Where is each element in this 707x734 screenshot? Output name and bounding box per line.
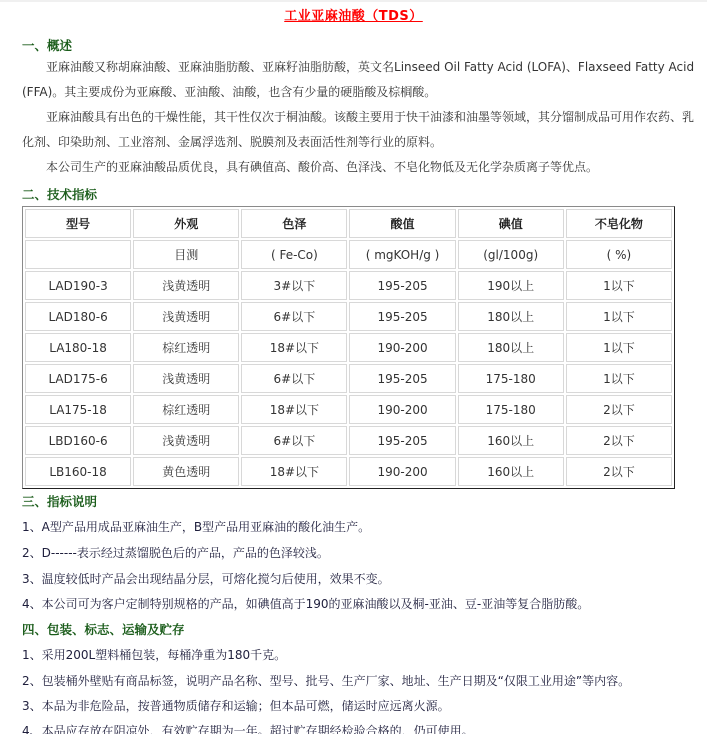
table-cell: 棕红透明 bbox=[133, 333, 239, 362]
table-cell: 2以下 bbox=[566, 395, 672, 424]
table-row: LAD190-3 浅黄透明 3#以下 195-205 190以上 1以下 bbox=[25, 271, 672, 300]
notes-item-2: 2、D------表示经过蒸馏脱色后的产品，产品的色泽较浅。 bbox=[22, 544, 329, 561]
unit-cell: ( %) bbox=[566, 240, 672, 269]
table-cell: 浅黄透明 bbox=[133, 426, 239, 455]
table-header-row: 型号 外观 色泽 酸值 碘值 不皂化物 bbox=[25, 209, 672, 238]
table-cell: 195-205 bbox=[349, 271, 455, 300]
overview-paragraph-2-cont: 化剂、印染助剂、工业溶剂、金属浮选剂、脱膜剂及表面活性剂等行业的原料。 bbox=[22, 130, 682, 155]
table-cell: 195-205 bbox=[349, 302, 455, 331]
unit-cell: ( mgKOH/g ) bbox=[349, 240, 455, 269]
table-cell: 18#以下 bbox=[241, 333, 347, 362]
table-cell: 浅黄透明 bbox=[133, 302, 239, 331]
overview-paragraph-1: 亚麻油酸又称胡麻油酸、亚麻油脂肪酸、亚麻籽油脂肪酸，英文名Linseed Oil… bbox=[22, 55, 682, 80]
notes-item-1: 1、A型产品用成品亚麻油生产，B型产品用亚麻油的酸化油生产。 bbox=[22, 518, 370, 535]
table-cell: 190以上 bbox=[458, 271, 564, 300]
table-cell: 1以下 bbox=[566, 302, 672, 331]
table-row: LBD160-6 浅黄透明 6#以下 195-205 160以上 2以下 bbox=[25, 426, 672, 455]
table-cell: 2以下 bbox=[566, 457, 672, 486]
table-cell: LB160-18 bbox=[25, 457, 131, 486]
packaging-item-2: 2、包装桶外壁贴有商品标签，说明产品名称、型号、批号、生产厂家、地址、生产日期及… bbox=[22, 672, 630, 689]
table-cell: 黄色透明 bbox=[133, 457, 239, 486]
top-divider bbox=[0, 0, 707, 2]
table-cell: 160以上 bbox=[458, 426, 564, 455]
table-cell: 浅黄透明 bbox=[133, 271, 239, 300]
table-units-row: 目测 ( Fe-Co) ( mgKOH/g ) (gl/100g) ( %) bbox=[25, 240, 672, 269]
section-heading-specs: 二、技术指标 bbox=[22, 185, 97, 203]
column-header: 色泽 bbox=[241, 209, 347, 238]
table-cell: 18#以下 bbox=[241, 395, 347, 424]
column-header: 型号 bbox=[25, 209, 131, 238]
spec-table: 型号 外观 色泽 酸值 碘值 不皂化物 目测 ( Fe-Co) ( mgKOH/… bbox=[22, 206, 675, 489]
column-header: 外观 bbox=[133, 209, 239, 238]
table-cell: 190-200 bbox=[349, 395, 455, 424]
table-cell: 175-180 bbox=[458, 395, 564, 424]
unit-cell bbox=[25, 240, 131, 269]
table-row: LAD180-6 浅黄透明 6#以下 195-205 180以上 1以下 bbox=[25, 302, 672, 331]
table-cell: 浅黄透明 bbox=[133, 364, 239, 393]
unit-cell: 目测 bbox=[133, 240, 239, 269]
packaging-item-1: 1、采用200L塑料桶包装，每桶净重为180千克。 bbox=[22, 646, 286, 663]
table-cell: LA180-18 bbox=[25, 333, 131, 362]
section-heading-packaging: 四、包装、标志、运输及贮存 bbox=[22, 620, 185, 638]
section-heading-notes: 三、指标说明 bbox=[22, 492, 97, 510]
table-cell: 195-205 bbox=[349, 364, 455, 393]
table-cell: 1以下 bbox=[566, 333, 672, 362]
table-cell: 180以上 bbox=[458, 333, 564, 362]
table-cell: LAD190-3 bbox=[25, 271, 131, 300]
section-heading-overview: 一、概述 bbox=[22, 36, 72, 54]
table-row: LAD175-6 浅黄透明 6#以下 195-205 175-180 1以下 bbox=[25, 364, 672, 393]
column-header: 不皂化物 bbox=[566, 209, 672, 238]
table-cell: 6#以下 bbox=[241, 302, 347, 331]
unit-cell: ( Fe-Co) bbox=[241, 240, 347, 269]
table-cell: LAD180-6 bbox=[25, 302, 131, 331]
overview-paragraph-2: 亚麻油酸具有出色的干燥性能，其干性仅次于桐油酸。该酸主要用于快干油漆和油墨等领域… bbox=[22, 105, 682, 130]
table-row: LA175-18 棕红透明 18#以下 190-200 175-180 2以下 bbox=[25, 395, 672, 424]
table-cell: 6#以下 bbox=[241, 364, 347, 393]
overview-paragraph-3: 本公司生产的亚麻油酸品质优良，具有碘值高、酸价高、色泽浅、不皂化物低及无化学杂质… bbox=[22, 155, 682, 180]
table-cell: 棕红透明 bbox=[133, 395, 239, 424]
table-cell: 195-205 bbox=[349, 426, 455, 455]
overview-paragraph-1-cont: (FFA)。其主要成份为亚麻酸、亚油酸、油酸，也含有少量的硬脂酸及棕榈酸。 bbox=[22, 80, 682, 105]
table-cell: LAD175-6 bbox=[25, 364, 131, 393]
column-header: 碘值 bbox=[458, 209, 564, 238]
table-cell: 1以下 bbox=[566, 364, 672, 393]
document-page: 工业亚麻油酸（TDS） 一、概述 亚麻油酸又称胡麻油酸、亚麻油脂肪酸、亚麻籽油脂… bbox=[0, 0, 707, 734]
column-header: 酸值 bbox=[349, 209, 455, 238]
unit-cell: (gl/100g) bbox=[458, 240, 564, 269]
table-row: LA180-18 棕红透明 18#以下 190-200 180以上 1以下 bbox=[25, 333, 672, 362]
page-title: 工业亚麻油酸（TDS） bbox=[0, 5, 707, 24]
packaging-item-3: 3、本品为非危险品，按普通物质储存和运输；但本品可燃，储运时应远离火源。 bbox=[22, 697, 450, 714]
table-row: LB160-18 黄色透明 18#以下 190-200 160以上 2以下 bbox=[25, 457, 672, 486]
table-cell: 160以上 bbox=[458, 457, 564, 486]
table-cell: 175-180 bbox=[458, 364, 564, 393]
table-cell: 18#以下 bbox=[241, 457, 347, 486]
table-cell: LBD160-6 bbox=[25, 426, 131, 455]
table-cell: 190-200 bbox=[349, 457, 455, 486]
notes-item-3: 3、温度较低时产品会出现结晶分层，可熔化搅匀后使用，效果不变。 bbox=[22, 570, 390, 587]
table-cell: 2以下 bbox=[566, 426, 672, 455]
table-cell: 190-200 bbox=[349, 333, 455, 362]
table-cell: 3#以下 bbox=[241, 271, 347, 300]
table-cell: 6#以下 bbox=[241, 426, 347, 455]
packaging-item-4: 4、本品应存放在阴凉处，有效贮存期为一年。超过贮存期经检验合格的，仍可使用。 bbox=[22, 722, 474, 734]
table-cell: LA175-18 bbox=[25, 395, 131, 424]
table-cell: 1以下 bbox=[566, 271, 672, 300]
notes-item-4: 4、本公司可为客户定制特别规格的产品，如碘值高于190的亚麻油酸以及桐-亚油、豆… bbox=[22, 595, 589, 612]
table-cell: 180以上 bbox=[458, 302, 564, 331]
